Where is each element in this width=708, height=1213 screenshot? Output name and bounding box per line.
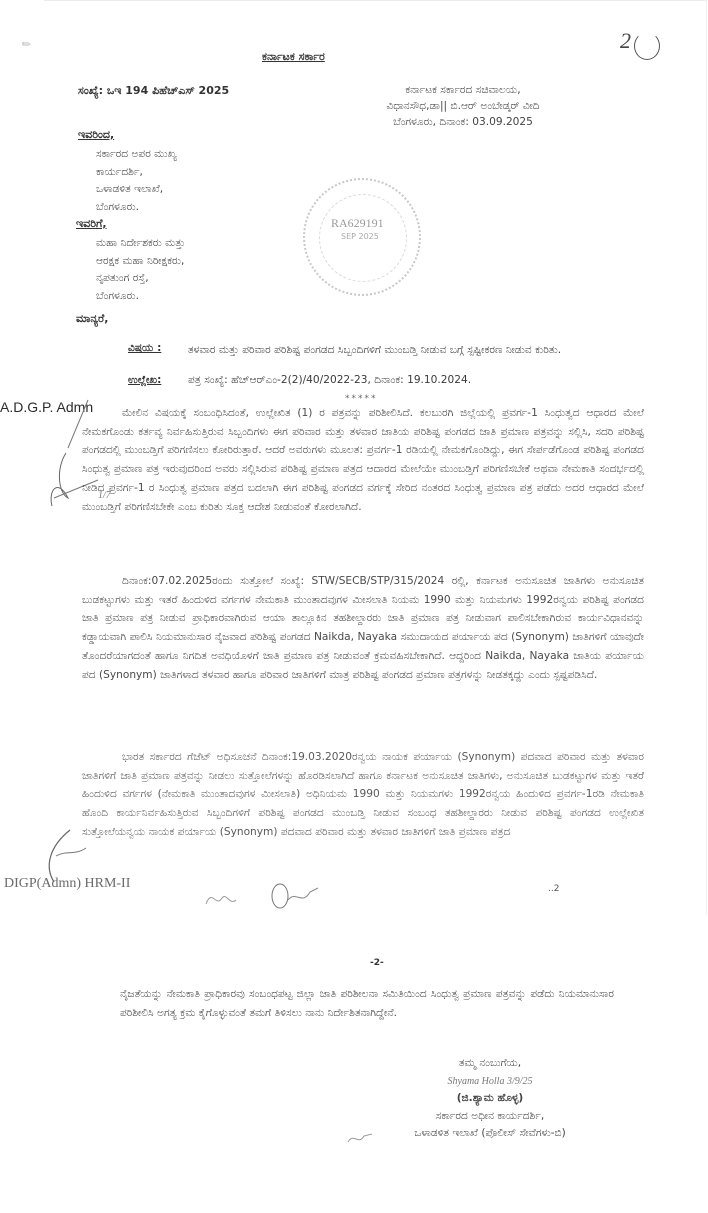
subject-label: ವಿಷಯ :	[128, 342, 161, 355]
recipient-line: ಮಹಾ ನಿರ್ದೇಶಕರು ಮತ್ತು	[96, 235, 185, 253]
handwritten-signature: Shyama Holla 3/9/25	[360, 1073, 620, 1091]
body-paragraph-4: ನೈಜತೆಯನ್ನು ನೇಮಕಾತಿ ಪ್ರಾಧಿಕಾರವು ಸಂಬಂಧಪಟ್ಟ…	[120, 985, 614, 1022]
closing-text: ತಮ್ಮ ನಂಬುಗೆಯ,	[360, 1055, 620, 1073]
from-label: ಇವರಿಂದ,	[78, 128, 114, 142]
office-address: ಕರ್ನಾಟಕ ಸರ್ಕಾರದ ಸಚಿವಾಲಯ, ವಿಧಾನಸೌಧ,ಡಾ|| ಬ…	[318, 82, 608, 130]
paragraph-text: ಮೇಲಿನ ವಿಷಯಕ್ಕೆ ಸಂಬಂಧಿಸಿದಂತೆ, ಉಲ್ಲೇಖಿತ (1…	[82, 407, 644, 513]
folio-circle-mark	[634, 32, 660, 60]
handwritten-initial-icon	[346, 1128, 376, 1150]
recipient-line: ಆರಕ್ಷಕ ಮಹಾ ನಿರೀಕ್ಷಕರು,	[96, 253, 185, 271]
to-label: ಇವರಿಗೆ,	[76, 217, 107, 231]
body-paragraph-3: ಭಾರತ ಸರ್ಕಾರದ ಗೆಜೆಟ್ ಅಧಿಸೂಚನೆ ದಿನಾಂಕ:19.0…	[82, 748, 644, 842]
page-number: -2-	[370, 958, 384, 968]
body-paragraph-1: ಮೇಲಿನ ವಿಷಯಕ್ಕೆ ಸಂಬಂಧಿಸಿದಂತೆ, ಉಲ್ಲೇಖಿತ (1…	[82, 404, 644, 516]
sender-line: ಬೆಂಗಳೂರು.	[96, 199, 177, 217]
stamp-date: SEP 2025	[341, 232, 379, 241]
signatory-designation: ಸರ್ಕಾರದ ಅಧೀನ ಕಾರ್ಯದರ್ಶಿ,	[360, 1108, 620, 1126]
subject-text: ತಳವಾರ ಮತ್ತು ಪರಿವಾರ ಪರಿಶಿಷ್ಟ ಪಂಗಡದ ಸಿಬ್ಬಂ…	[188, 342, 618, 359]
folio-number: 2	[620, 28, 631, 54]
address-date-line: ಬೆಂಗಳೂರು, ದಿನಾಂಕ: 03.09.2025	[318, 114, 608, 130]
recipient-block: ಮಹಾ ನಿರ್ದೇಶಕರು ಮತ್ತು ಆರಕ್ಷಕ ಮಹಾ ನಿರೀಕ್ಷಕ…	[96, 235, 185, 305]
reference-number: ಸಂಖ್ಯೆ: ಒಇ 194 ಪಿಹೆಚ್‌ಎಸ್ 2025	[78, 84, 229, 98]
sender-line: ಒಳಾಡಳಿತ ಇಲಾಖೆ,	[96, 181, 177, 199]
sender-line: ಕಾರ್ಯದರ್ಶಿ,	[96, 164, 177, 182]
separator-stars: *****	[345, 394, 378, 404]
handwritten-signatures-icon	[200, 878, 330, 914]
sender-line: ಸರ್ಕಾರದ ಅಪರ ಮುಖ್ಯ	[96, 146, 177, 164]
margin-scribble: ✎	[19, 37, 34, 53]
reference-text: ಪತ್ರ ಸಂಖ್ಯೆ: ಹೆಚ್‌ಆರ್‌ಎಂ-2(2)/40/2022-23…	[188, 374, 471, 387]
stamp-number: RA629191	[331, 216, 384, 231]
signatory-name: (ಜಿ.ಶ್ಯಾಮ ಹೊಳ್ಳ)	[360, 1090, 620, 1108]
recipient-line: ಬೆಂಗಳೂರು.	[96, 288, 185, 306]
continued-marker: ..2	[548, 884, 559, 894]
reference-label: ಉಲ್ಲೇಖ:	[128, 374, 161, 387]
paragraph-text: ಭಾರತ ಸರ್ಕಾರದ ಗೆಜೆಟ್ ಅಧಿಸೂಚನೆ ದಿನಾಂಕ:19.0…	[82, 751, 644, 838]
paragraph-text: ದಿನಾಂಕ:07.02.2025ರಂದು ಸುತ್ತೋಲೆ ಸಂಖ್ಯೆ: S…	[82, 575, 644, 681]
signatory-department: ಒಳಾಡಳಿತ ಇಲಾಖೆ (ಪೊಲೀಸ್ ಸೇವೆಗಳು-ಬಿ)	[360, 1125, 620, 1143]
margin-note-digp: DIGP(Admn) HRM-II	[4, 876, 130, 892]
signature-block: ತಮ್ಮ ನಂಬುಗೆಯ, Shyama Holla 3/9/25 (ಜಿ.ಶ್…	[360, 1055, 620, 1143]
address-line: ಕರ್ನಾಟಕ ಸರ್ಕಾರದ ಸಚಿವಾಲಯ,	[318, 82, 608, 98]
salutation: ಮಾನ್ಯರೆ,	[76, 312, 108, 326]
received-stamp: RA629191 SEP 2025	[303, 178, 421, 296]
letterhead-title: ಕರ್ನಾಟಕ ಸರ್ಕಾರ	[262, 50, 325, 64]
address-line: ವಿಧಾನಸೌಧ,ಡಾ|| ಬಿ.ಆರ್ ಅಂಬೇಡ್ಕರ್ ವೀದಿ	[318, 98, 608, 114]
sender-block: ಸರ್ಕಾರದ ಅಪರ ಮುಖ್ಯ ಕಾರ್ಯದರ್ಶಿ, ಒಳಾಡಳಿತ ಇಲ…	[96, 146, 177, 216]
body-paragraph-2: ದಿನಾಂಕ:07.02.2025ರಂದು ಸುತ್ತೋಲೆ ಸಂಖ್ಯೆ: S…	[82, 572, 644, 684]
recipient-line: ನೃಪತುಂಗ ರಸ್ತೆ,	[96, 270, 185, 288]
